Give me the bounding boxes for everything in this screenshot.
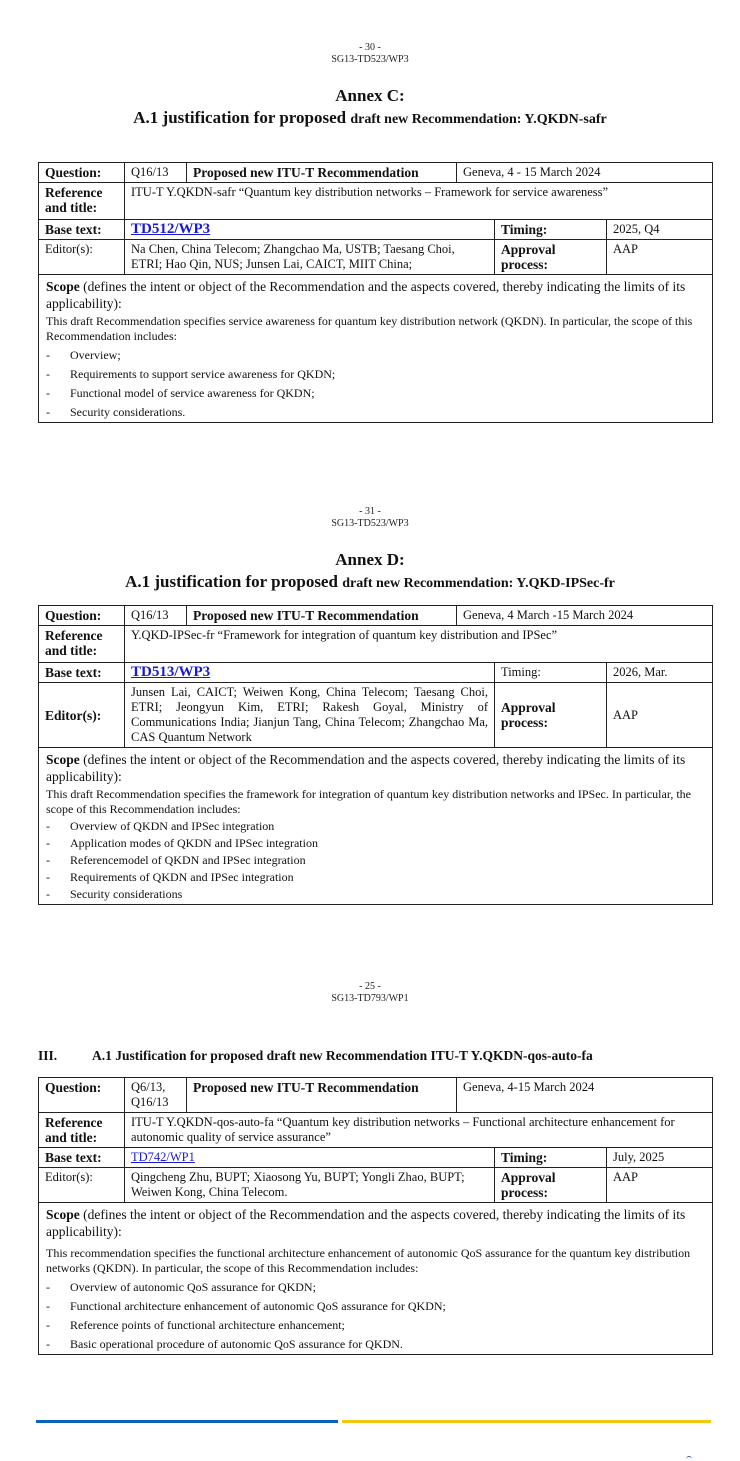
timing-value: July, 2025 xyxy=(607,1148,713,1168)
base-text-row: Base text: TD512/WP3 Timing: 2025, Q4 xyxy=(39,220,713,240)
question-row: Question: Q16/13 Proposed new ITU-T Reco… xyxy=(39,163,713,183)
reference-value: Y.QKD-IPSec-fr “Framework for integratio… xyxy=(125,626,713,663)
editors-label: Editor(s): xyxy=(39,683,125,748)
base-text-label: Base text: xyxy=(39,663,125,683)
section-heading: III.A.1 Justification for proposed draft… xyxy=(38,1048,593,1064)
annex-subtitle: A.1 justification for proposed draft new… xyxy=(0,571,740,595)
editors-row: Editor(s): Junsen Lai, CAICT; Weiwen Kon… xyxy=(39,683,713,748)
scope-item: -Functional model of service awareness f… xyxy=(46,386,705,401)
proposed-label: Proposed new ITU-T Recommendation xyxy=(187,1078,457,1113)
reference-row: Reference and title: ITU-T Y.QKDN-safr “… xyxy=(39,183,713,220)
footer-bar-yellow xyxy=(342,1420,711,1423)
timing-value: 2026, Mar. xyxy=(607,663,713,683)
scope-item-text: Functional model of service awareness fo… xyxy=(70,386,315,401)
editors-row: Editor(s): Na Chen, China Telecom; Zhang… xyxy=(39,240,713,275)
scope-header-rest: (defines the intent or object of the Rec… xyxy=(46,279,685,311)
editors-label: Editor(s): xyxy=(39,1168,125,1203)
approval-label: Approval process: xyxy=(495,240,607,275)
editors-value: Junsen Lai, CAICT; Weiwen Kong, China Te… xyxy=(125,683,495,748)
scope-bold: Scope xyxy=(46,279,80,294)
approval-value: AAP xyxy=(607,683,713,748)
document-reference: SG13-TD523/WP3 xyxy=(0,54,740,66)
base-text-link[interactable]: TD512/WP3 xyxy=(131,221,210,237)
scope-text: This draft Recommendation specifies serv… xyxy=(46,314,705,344)
base-text-row: Base text: TD513/WP3 Timing: 2026, Mar. xyxy=(39,663,713,683)
approval-value: AAP xyxy=(607,1168,713,1203)
annex-subtitle: A.1 justification for proposed draft new… xyxy=(0,107,740,131)
scope-item: -Requirements to support service awarene… xyxy=(46,367,705,382)
scope-header: Scope (defines the intent or object of t… xyxy=(46,278,705,312)
page-number: - 30 - xyxy=(0,42,740,54)
footer-bar-blue xyxy=(36,1420,338,1423)
editors-label: Editor(s): xyxy=(39,240,125,275)
scope-header: Scope (defines the intent or object of t… xyxy=(46,751,705,785)
meeting-value: Geneva, 4 March -15 March 2024 xyxy=(457,606,713,626)
document-reference: SG13-TD793/WP1 xyxy=(0,993,740,1005)
scope-header: Scope (defines the intent or object of t… xyxy=(46,1206,705,1240)
base-text-row: Base text: TD742/WP1 Timing: July, 2025 xyxy=(39,1148,713,1168)
reference-value: ITU-T Y.QKDN-qos-auto-fa “Quantum key di… xyxy=(125,1113,713,1148)
scope-item: -Basic operational procedure of autonomi… xyxy=(46,1337,705,1352)
scope-item-text: Overview of autonomic QoS assurance for … xyxy=(70,1280,316,1295)
page-number-header: - 25 - SG13-TD793/WP1 xyxy=(0,981,740,1005)
scope-item: -Functional architecture enhancement of … xyxy=(46,1299,705,1314)
question-row: Question: Q16/13 Proposed new ITU-T Reco… xyxy=(39,606,713,626)
approval-value: AAP xyxy=(607,240,713,275)
scope-item: -Overview; xyxy=(46,348,705,363)
page-number: - 31 - xyxy=(0,506,740,518)
scope-item-text: Requirements to support service awarenes… xyxy=(70,367,335,382)
scope-item-text: Functional architecture enhancement of a… xyxy=(70,1299,446,1314)
scope-item: -Reference points of functional architec… xyxy=(46,1318,705,1333)
page-number: - 25 - xyxy=(0,981,740,993)
reference-label: Reference and title: xyxy=(39,626,125,663)
scope-item: -Overview of QKDN and IPSec integration xyxy=(46,819,705,834)
timing-value: 2025, Q4 xyxy=(607,220,713,240)
scope-item: -Overview of autonomic QoS assurance for… xyxy=(46,1280,705,1295)
justification-table-annex-d: Question: Q16/13 Proposed new ITU-T Reco… xyxy=(38,605,712,905)
scope-row: Scope (defines the intent or object of t… xyxy=(39,275,713,423)
page-number-header: - 30 - SG13-TD523/WP3 xyxy=(0,42,740,66)
scope-cell: Scope (defines the intent or object of t… xyxy=(39,1203,713,1355)
page-number-header: - 31 - SG13-TD523/WP3 xyxy=(0,506,740,530)
question-row: Question: Q6/13, Q16/13 Proposed new ITU… xyxy=(39,1078,713,1113)
editors-row: Editor(s): Qingcheng Zhu, BUPT; Xiaosong… xyxy=(39,1168,713,1203)
scope-item-text: Security considerations xyxy=(70,887,182,902)
timing-label: Timing: xyxy=(495,220,607,240)
corner-glyph-icon xyxy=(686,1456,692,1460)
subtitle-part2: draft new Recommendation: Y.QKDN-safr xyxy=(350,112,606,127)
scope-item-text: Security considerations. xyxy=(70,405,185,420)
reference-row: Reference and title: Y.QKD-IPSec-fr “Fra… xyxy=(39,626,713,663)
document-reference: SG13-TD523/WP3 xyxy=(0,518,740,530)
question-label: Question: xyxy=(39,163,125,183)
scope-item-text: Basic operational procedure of autonomic… xyxy=(70,1337,403,1352)
reference-label: Reference and title: xyxy=(39,183,125,220)
approval-label: Approval process: xyxy=(495,1168,607,1203)
subtitle-part2: draft new Recommendation: Y.QKD-IPSec-fr xyxy=(342,576,615,591)
scope-header-rest: (defines the intent or object of the Rec… xyxy=(46,752,685,784)
scope-row: Scope (defines the intent or object of t… xyxy=(39,1203,713,1355)
scope-text: This draft Recommendation specifies the … xyxy=(46,787,705,817)
scope-item: -Requirements of QKDN and IPSec integrat… xyxy=(46,870,705,885)
annex-title: Annex C: xyxy=(0,85,740,107)
scope-item-text: Reference points of functional architect… xyxy=(70,1318,345,1333)
scope-item-text: Overview; xyxy=(70,348,121,363)
scope-item: -Application modes of QKDN and IPSec int… xyxy=(46,836,705,851)
reference-value: ITU-T Y.QKDN-safr “Quantum key distribut… xyxy=(125,183,713,220)
meeting-value: Geneva, 4 - 15 March 2024 xyxy=(457,163,713,183)
reference-row: Reference and title: ITU-T Y.QKDN-qos-au… xyxy=(39,1113,713,1148)
editors-value: Na Chen, China Telecom; Zhangchao Ma, US… xyxy=(125,240,495,275)
scope-text: This recommendation specifies the functi… xyxy=(46,1246,705,1276)
scope-bold: Scope xyxy=(46,752,80,767)
question-value: Q6/13, Q16/13 xyxy=(125,1078,187,1113)
scope-row: Scope (defines the intent or object of t… xyxy=(39,748,713,905)
proposed-label: Proposed new ITU-T Recommendation xyxy=(187,606,457,626)
question-label: Question: xyxy=(39,1078,125,1113)
justification-table-annex-c: Question: Q16/13 Proposed new ITU-T Reco… xyxy=(38,162,712,423)
base-text-label: Base text: xyxy=(39,220,125,240)
annex-heading: Annex D: A.1 justification for proposed … xyxy=(0,549,740,595)
base-text-link[interactable]: TD513/WP3 xyxy=(131,664,210,680)
scope-item: -Security considerations. xyxy=(46,405,705,420)
scope-cell: Scope (defines the intent or object of t… xyxy=(39,275,713,423)
reference-label: Reference and title: xyxy=(39,1113,125,1148)
proposed-label: Proposed new ITU-T Recommendation xyxy=(187,163,457,183)
scope-item: -Security considerations xyxy=(46,887,705,902)
section-title: A.1 Justification for proposed draft new… xyxy=(92,1048,593,1063)
scope-header-rest: (defines the intent or object of the Rec… xyxy=(46,1207,685,1239)
scope-cell: Scope (defines the intent or object of t… xyxy=(39,748,713,905)
scope-item-text: Application modes of QKDN and IPSec inte… xyxy=(70,836,318,851)
subtitle-part1: A.1 justification for proposed xyxy=(133,108,350,127)
scope-item: -Referencemodel of QKDN and IPSec integr… xyxy=(46,853,705,868)
question-value: Q16/13 xyxy=(125,163,187,183)
timing-label: Timing: xyxy=(495,663,607,683)
scope-item-text: Referencemodel of QKDN and IPSec integra… xyxy=(70,853,306,868)
scope-item-text: Requirements of QKDN and IPSec integrati… xyxy=(70,870,294,885)
subtitle-part1: A.1 justification for proposed xyxy=(125,572,342,591)
question-label: Question: xyxy=(39,606,125,626)
timing-label: Timing: xyxy=(495,1148,607,1168)
section-number: III. xyxy=(38,1048,92,1064)
base-text-label: Base text: xyxy=(39,1148,125,1168)
annex-heading: Annex C: A.1 justification for proposed … xyxy=(0,85,740,131)
justification-table-qos-auto-fa: Question: Q6/13, Q16/13 Proposed new ITU… xyxy=(38,1077,712,1355)
scope-item-text: Overview of QKDN and IPSec integration xyxy=(70,819,274,834)
annex-title: Annex D: xyxy=(0,549,740,571)
approval-label: Approval process: xyxy=(495,683,607,748)
base-text-link[interactable]: TD742/WP1 xyxy=(131,1150,195,1164)
question-value: Q16/13 xyxy=(125,606,187,626)
meeting-value: Geneva, 4-15 March 2024 xyxy=(457,1078,713,1113)
editors-value: Qingcheng Zhu, BUPT; Xiaosong Yu, BUPT; … xyxy=(125,1168,495,1203)
scope-bold: Scope xyxy=(46,1207,80,1222)
